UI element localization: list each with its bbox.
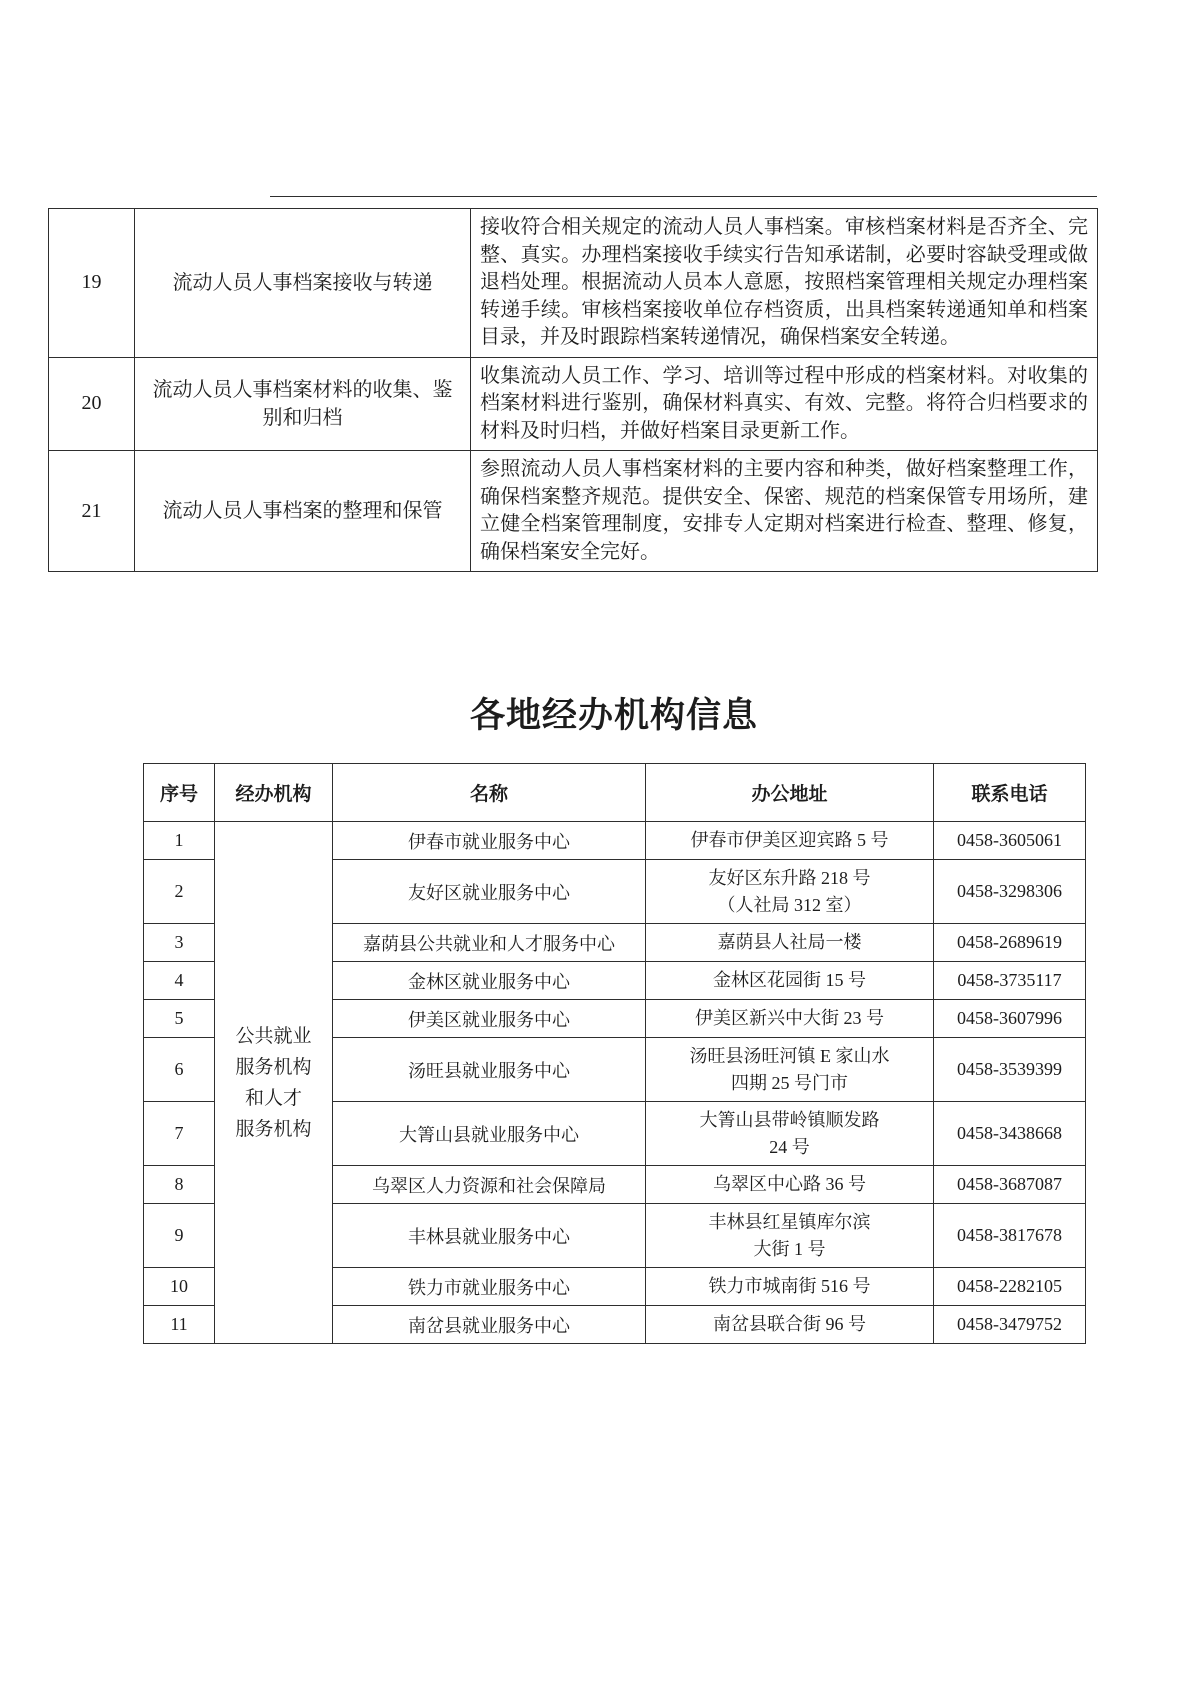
document-page: 19 流动人员人事档案接收与转递 接收符合相关规定的流动人员人事档案。审核档案材… — [0, 0, 1191, 1684]
agency-name: 嘉荫县公共就业和人才服务中心 — [333, 924, 646, 962]
agency-phone: 0458-2282105 — [934, 1268, 1086, 1306]
header-phone: 联系电话 — [934, 764, 1086, 822]
agency-phone: 0458-3607996 — [934, 1000, 1086, 1038]
agency-address: 南岔县联合街 96 号 — [646, 1306, 934, 1344]
agency-seq: 2 — [144, 860, 215, 924]
service-desc: 接收符合相关规定的流动人员人事档案。审核档案材料是否齐全、完整、真实。办理档案接… — [471, 209, 1098, 358]
table-continuation-border — [270, 196, 1097, 197]
agency-group-cell: 公共就业 服务机构 和人才 服务机构 — [215, 822, 333, 1344]
agency-name: 铁力市就业服务中心 — [333, 1268, 646, 1306]
service-desc: 参照流动人员人事档案材料的主要内容和种类，做好档案整理工作，确保档案整齐规范。提… — [471, 451, 1098, 572]
agency-name: 丰林县就业服务中心 — [333, 1204, 646, 1268]
agency-address: 汤旺县汤旺河镇 E 家山水 四期 25 号门市 — [646, 1038, 934, 1102]
agency-address: 嘉荫县人社局一楼 — [646, 924, 934, 962]
agency-phone: 0458-3539399 — [934, 1038, 1086, 1102]
service-seq: 19 — [49, 209, 135, 358]
service-seq: 20 — [49, 357, 135, 451]
agency-name: 南岔县就业服务中心 — [333, 1306, 646, 1344]
table-row: 19 流动人员人事档案接收与转递 接收符合相关规定的流动人员人事档案。审核档案材… — [49, 209, 1098, 358]
agency-seq: 4 — [144, 962, 215, 1000]
agency-name: 金林区就业服务中心 — [333, 962, 646, 1000]
agency-name: 友好区就业服务中心 — [333, 860, 646, 924]
header-seq: 序号 — [144, 764, 215, 822]
service-name: 流动人员人事档案材料的收集、鉴别和归档 — [135, 357, 471, 451]
agency-seq: 5 — [144, 1000, 215, 1038]
agency-name: 汤旺县就业服务中心 — [333, 1038, 646, 1102]
agency-phone: 0458-3298306 — [934, 860, 1086, 924]
agency-address: 铁力市城南街 516 号 — [646, 1268, 934, 1306]
agency-address: 大箐山县带岭镇顺发路 24 号 — [646, 1102, 934, 1166]
agency-address: 金林区花园街 15 号 — [646, 962, 934, 1000]
header-name: 名称 — [333, 764, 646, 822]
table-row: 20 流动人员人事档案材料的收集、鉴别和归档 收集流动人员工作、学习、培训等过程… — [49, 357, 1098, 451]
table-header-row: 序号 经办机构 名称 办公地址 联系电话 — [144, 764, 1086, 822]
service-items-table: 19 流动人员人事档案接收与转递 接收符合相关规定的流动人员人事档案。审核档案材… — [48, 208, 1098, 572]
service-seq: 21 — [49, 451, 135, 572]
agency-phone: 0458-3687087 — [934, 1166, 1086, 1204]
agency-phone: 0458-3605061 — [934, 822, 1086, 860]
agency-address: 伊美区新兴中大街 23 号 — [646, 1000, 934, 1038]
agency-seq: 10 — [144, 1268, 215, 1306]
agency-seq: 6 — [144, 1038, 215, 1102]
agency-phone: 0458-3479752 — [934, 1306, 1086, 1344]
agency-address: 丰林县红星镇库尔滨 大街 1 号 — [646, 1204, 934, 1268]
agency-seq: 8 — [144, 1166, 215, 1204]
agency-address: 伊春市伊美区迎宾路 5 号 — [646, 822, 934, 860]
agency-phone: 0458-3438668 — [934, 1102, 1086, 1166]
agency-address: 友好区东升路 218 号 （人社局 312 室） — [646, 860, 934, 924]
agency-phone: 0458-3735117 — [934, 962, 1086, 1000]
agency-seq: 1 — [144, 822, 215, 860]
service-desc: 收集流动人员工作、学习、培训等过程中形成的档案材料。对收集的档案材料进行鉴别，确… — [471, 357, 1098, 451]
agency-name: 乌翠区人力资源和社会保障局 — [333, 1166, 646, 1204]
service-name: 流动人员人事档案接收与转递 — [135, 209, 471, 358]
agency-name: 伊美区就业服务中心 — [333, 1000, 646, 1038]
agency-seq: 11 — [144, 1306, 215, 1344]
agency-seq: 9 — [144, 1204, 215, 1268]
service-name: 流动人员人事档案的整理和保管 — [135, 451, 471, 572]
section-title: 各地经办机构信息 — [143, 688, 1085, 738]
agency-phone: 0458-3817678 — [934, 1204, 1086, 1268]
agency-phone: 0458-2689619 — [934, 924, 1086, 962]
agency-name: 伊春市就业服务中心 — [333, 822, 646, 860]
header-address: 办公地址 — [646, 764, 934, 822]
agency-address: 乌翠区中心路 36 号 — [646, 1166, 934, 1204]
header-agency: 经办机构 — [215, 764, 333, 822]
agency-name: 大箐山县就业服务中心 — [333, 1102, 646, 1166]
agency-seq: 3 — [144, 924, 215, 962]
agency-info-table: 序号 经办机构 名称 办公地址 联系电话 1 公共就业 服务机构 和人才 服务机… — [143, 763, 1086, 1344]
table-row: 21 流动人员人事档案的整理和保管 参照流动人员人事档案材料的主要内容和种类，做… — [49, 451, 1098, 572]
agency-seq: 7 — [144, 1102, 215, 1166]
table-row: 1 公共就业 服务机构 和人才 服务机构 伊春市就业服务中心 伊春市伊美区迎宾路… — [144, 822, 1086, 860]
